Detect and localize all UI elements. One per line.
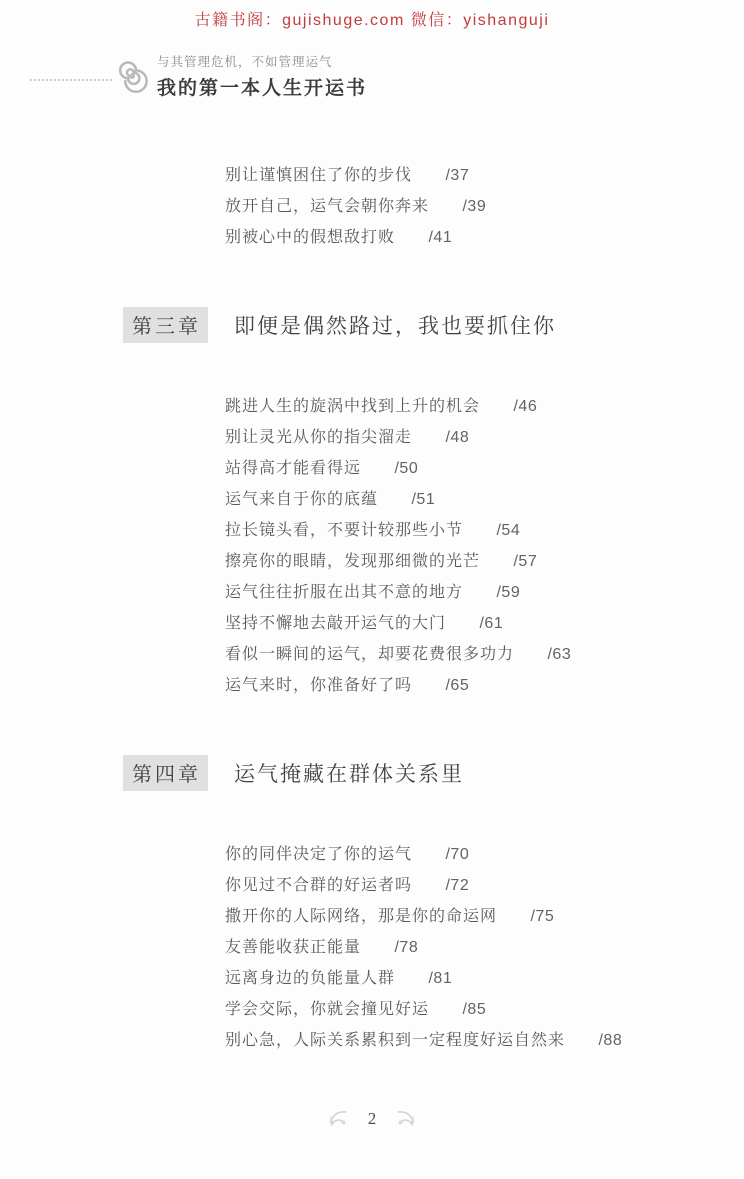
toc-entry-page-number: /48 — [445, 429, 469, 446]
toc-entry-page-number: /65 — [445, 677, 469, 694]
toc-entry: 学会交际，你就会撞见好运 /85 — [225, 994, 744, 1025]
toc-entry-page-number: /46 — [513, 398, 537, 415]
publisher-brand: 与其管理危机，不如管理运气 我的第一本人生开运书 — [30, 52, 367, 100]
toc-entry-title: 运气往往折服在出其不意的地方 — [225, 584, 463, 601]
toc-entry-page-number: /37 — [445, 167, 469, 184]
chapter-title: 即便是偶然路过，我也要抓住你 — [234, 310, 556, 340]
left-flourish-icon — [325, 1109, 349, 1129]
toc-entry-page-number: /50 — [394, 460, 418, 477]
right-flourish-icon — [395, 1109, 419, 1129]
toc-entry-title: 学会交际，你就会撞见好运 — [225, 1001, 429, 1018]
toc-entry: 放开自己，运气会朝你奔来 /39 — [225, 191, 744, 222]
toc-entry-title: 撒开你的人际网络，那是你的命运网 — [225, 908, 497, 925]
watermark-text: 古籍书阁：gujishuge.com 微信：yishanguji — [0, 7, 744, 30]
toc-entry: 擦亮你的眼睛，发现那细微的光芒 /57 — [225, 546, 744, 577]
toc-entry-title: 跳进人生的旋涡中找到上升的机会 — [225, 398, 480, 415]
toc-entry: 跳进人生的旋涡中找到上升的机会 /46 — [225, 391, 744, 422]
toc-entry-page-number: /41 — [428, 229, 452, 246]
toc-entry-page-number: /88 — [598, 1032, 622, 1049]
toc-entry-title: 运气来自于你的底蕴 — [225, 491, 378, 508]
toc-entry-page-number: /61 — [479, 615, 503, 632]
toc-entry-page-number: /72 — [445, 877, 469, 894]
toc-entry: 你的同伴决定了你的运气 /70 — [225, 839, 744, 870]
book-toc-page: 古籍书阁：gujishuge.com 微信：yishanguji 与其管理危机，… — [0, 0, 744, 1179]
toc-entry-page-number: /51 — [411, 491, 435, 508]
toc-entry: 别让谨慎困住了你的步伐 /37 — [225, 160, 744, 191]
chapter-label: 第四章 — [123, 755, 208, 791]
toc-entry-page-number: /75 — [530, 908, 554, 925]
toc-entry-page-number: /70 — [445, 846, 469, 863]
toc-entry-page-number: /85 — [462, 1001, 486, 1018]
book-title: 我的第一本人生开运书 — [157, 73, 367, 100]
toc-entry-title: 运气来时，你准备好了吗 — [225, 677, 412, 694]
toc-entry-title: 你的同伴决定了你的运气 — [225, 846, 412, 863]
toc-entry-title: 站得高才能看得远 — [225, 460, 361, 477]
toc-entry: 远离身边的负能量人群 /81 — [225, 963, 744, 994]
chapter-heading: 第四章 运气掩藏在群体关系里 — [123, 757, 744, 789]
chapter-label: 第三章 — [123, 307, 208, 343]
table-of-contents: 别让谨慎困住了你的步伐 /37 放开自己，运气会朝你奔来 /39 别被心中的假想… — [0, 160, 744, 1056]
toc-entry-title: 擦亮你的眼睛，发现那细微的光芒 — [225, 553, 480, 570]
toc-entry-title: 拉长镜头看，不要计较那些小节 — [225, 522, 463, 539]
toc-entry: 别被心中的假想敌打败 /41 — [225, 222, 744, 253]
chapter-heading: 第三章 即便是偶然路过，我也要抓住你 — [123, 309, 744, 341]
toc-entry: 拉长镜头看，不要计较那些小节 /54 — [225, 515, 744, 546]
toc-entry: 运气来时，你准备好了吗 /65 — [225, 670, 744, 701]
book-tagline: 与其管理危机，不如管理运气 — [157, 52, 367, 70]
toc-entry-page-number: /57 — [513, 553, 537, 570]
toc-entry-title: 你见过不合群的好运者吗 — [225, 877, 412, 894]
toc-entry-title: 放开自己，运气会朝你奔来 — [225, 198, 429, 215]
toc-entry-title: 坚持不懈地去敲开运气的大门 — [225, 615, 446, 632]
toc-entry-page-number: /59 — [496, 584, 520, 601]
page-number: 2 — [368, 1109, 377, 1129]
toc-entry: 运气来自于你的底蕴 /51 — [225, 484, 744, 515]
dotted-line — [30, 79, 112, 81]
toc-entry-title: 别让灵光从你的指尖溜走 — [225, 429, 412, 446]
toc-entry: 别心急，人际关系累积到一定程度好运自然来 /88 — [225, 1025, 744, 1056]
toc-entry-title: 别让谨慎困住了你的步伐 — [225, 167, 412, 184]
toc-entry: 看似一瞬间的运气，却要花费很多功力 /63 — [225, 639, 744, 670]
toc-entry-page-number: /78 — [394, 939, 418, 956]
toc-entry-title: 别被心中的假想敌打败 — [225, 229, 395, 246]
chapter-title: 运气掩藏在群体关系里 — [234, 758, 464, 788]
toc-entry-title: 看似一瞬间的运气，却要花费很多功力 — [225, 646, 514, 663]
toc-entry: 站得高才能看得远 /50 — [225, 453, 744, 484]
page-footer: 2 — [0, 1108, 744, 1129]
toc-entry: 别让灵光从你的指尖溜走 /48 — [225, 422, 744, 453]
toc-entry-title: 别心急，人际关系累积到一定程度好运自然来 — [225, 1032, 565, 1049]
toc-entry-title: 友善能收获正能量 — [225, 939, 361, 956]
toc-entry-page-number: /39 — [462, 198, 486, 215]
spiral-logo-icon — [114, 58, 150, 94]
toc-entry-page-number: /54 — [496, 522, 520, 539]
toc-entry-page-number: /81 — [428, 970, 452, 987]
toc-entry: 坚持不懈地去敲开运气的大门 /61 — [225, 608, 744, 639]
brand-text-block: 与其管理危机，不如管理运气 我的第一本人生开运书 — [157, 52, 367, 100]
toc-entry: 撒开你的人际网络，那是你的命运网 /75 — [225, 901, 744, 932]
toc-entry-page-number: /63 — [547, 646, 571, 663]
toc-entry: 友善能收获正能量 /78 — [225, 932, 744, 963]
toc-entry-title: 远离身边的负能量人群 — [225, 970, 395, 987]
toc-entry: 你见过不合群的好运者吗 /72 — [225, 870, 744, 901]
toc-entry: 运气往往折服在出其不意的地方 /59 — [225, 577, 744, 608]
